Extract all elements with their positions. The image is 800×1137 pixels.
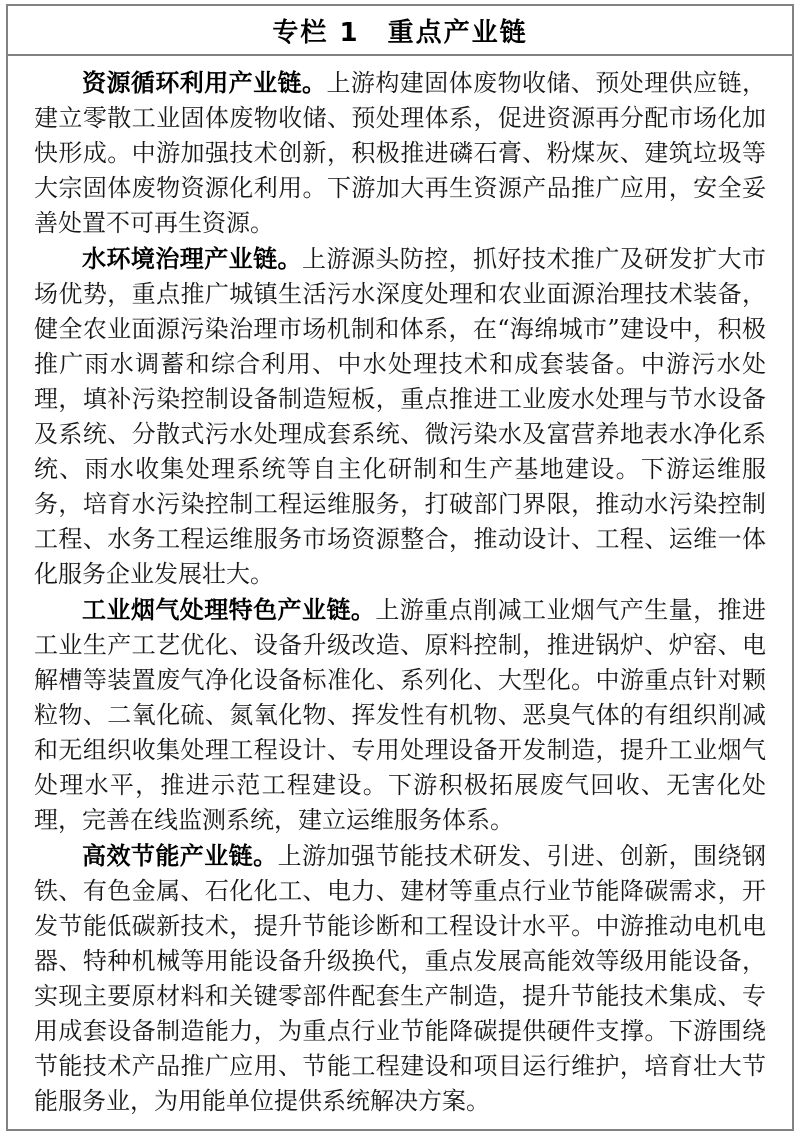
paragraph-lead: 水环境治理产业链。 [82,244,302,273]
paragraph-energy-efficiency-chain: 高效节能产业链。上游加强节能技术研发、引进、创新，围绕钢铁、有色金属、石化化工、… [34,838,766,1119]
paragraph-lead: 资源循环利用产业链。 [82,68,326,97]
paragraph-text: 上游加强节能技术研发、引进、创新，围绕钢铁、有色金属、石化化工、电力、建材等重点… [34,842,766,1115]
paragraph-resource-recycling-chain: 资源循环利用产业链。上游构建固体废物收储、预处理供应链，建立零散工业固体废物收储… [34,65,766,241]
panel-title: 专栏 1 重点产业链 [272,12,527,49]
paragraph-text: 上游源头防控，抓好技术推广及研发扩大市场优势，重点推广城镇生活污水深度处理和农业… [34,245,766,588]
paragraph-water-environment-chain: 水环境治理产业链。上游源头防控，抓好技术推广及研发扩大市场优势，重点推广城镇生活… [34,241,766,592]
paragraph-lead: 高效节能产业链。 [82,841,278,870]
paragraph-industrial-flue-gas-chain: 工业烟气处理特色产业链。上游重点削减工业烟气产生量，推进工业生产工艺优化、设备升… [34,592,766,838]
paragraph-lead: 工业烟气处理特色产业链。 [82,595,375,624]
paragraph-text: 上游重点削减工业烟气产生量，推进工业生产工艺优化、设备升级改造、原料控制，推进锅… [34,596,766,834]
column-panel: 专栏 1 重点产业链 资源循环利用产业链。上游构建固体废物收储、预处理供应链，建… [6,4,794,1131]
panel-title-row: 专栏 1 重点产业链 [8,6,792,56]
panel-body: 资源循环利用产业链。上游构建固体废物收储、预处理供应链，建立零散工业固体废物收储… [8,56,792,1119]
